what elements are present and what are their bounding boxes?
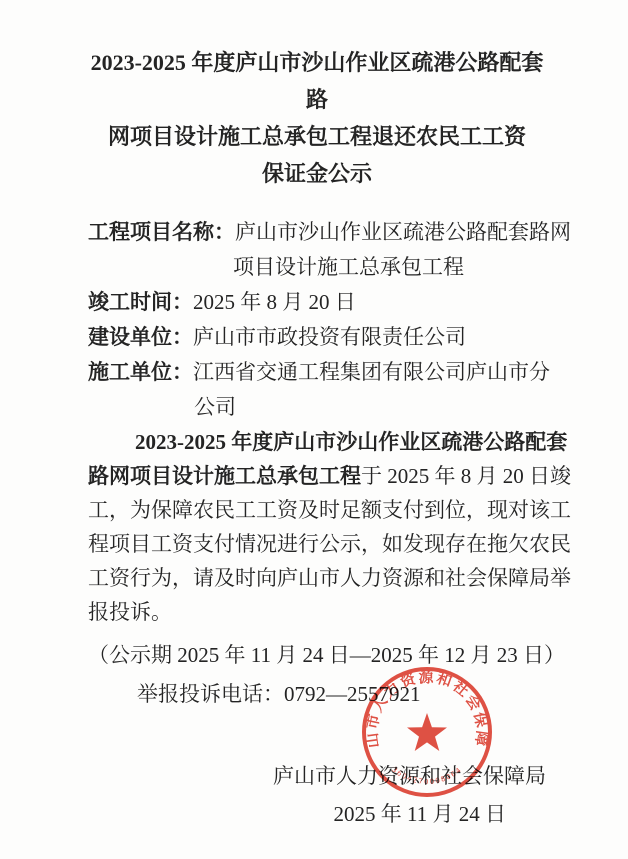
body-line-2: 路网项目设计施工总承包工程于 2025 年 8 月 20 日竣	[88, 459, 546, 493]
body-line-5-regular: 工资行为，请及时向庐山市人力资源和社会保障局举	[88, 566, 571, 590]
body-line-6-regular: 报投诉。	[88, 600, 172, 624]
completion-date-label: 竣工时间：	[88, 290, 193, 314]
body-line-4: 程项目工资支付情况进行公示，如发现存在拖欠农民	[88, 527, 546, 561]
completion-date-value: 2025 年 8 月 20 日	[193, 290, 356, 314]
contractor-unit-value: 江西省交通工程集团有限公司庐山市分	[193, 360, 550, 384]
body-line-3: 工，为保障农民工工资及时足额支付到位，现对该工	[88, 493, 546, 527]
body-line-5: 工资行为，请及时向庐山市人力资源和社会保障局举	[88, 561, 546, 595]
project-name-label: 工程项目名称：	[88, 220, 235, 244]
document-title: 2023-2025 年度庐山市沙山作业区疏港公路配套路 网项目设计施工总承包工程…	[88, 44, 546, 192]
contractor-unit-label: 施工单位：	[88, 360, 193, 384]
official-seal-graphic: 庐山市人力资源和社会保障局 3604270008064	[356, 661, 498, 803]
project-name-continuation: 项目设计施工总承包工程	[88, 250, 546, 285]
document-page: 2023-2025 年度庐山市沙山作业区疏港公路配套路 网项目设计施工总承包工程…	[0, 0, 628, 859]
body-line-6: 报投诉。	[88, 595, 546, 629]
title-line-2: 网项目设计施工总承包工程退还农民工工资	[88, 118, 546, 155]
notice-body-paragraph: 2023-2025 年度庐山市沙山作业区疏港公路配套 路网项目设计施工总承包工程…	[88, 425, 546, 629]
title-line-1: 2023-2025 年度庐山市沙山作业区疏港公路配套路	[88, 44, 546, 118]
title-line-3: 保证金公示	[88, 155, 546, 192]
document-content: 2023-2025 年度庐山市沙山作业区疏港公路配套路 网项目设计施工总承包工程…	[0, 0, 628, 832]
seal-code: 3604270008064	[390, 765, 463, 785]
builder-unit-label: 建设单位：	[88, 325, 193, 349]
body-line-1: 2023-2025 年度庐山市沙山作业区疏港公路配套	[88, 425, 546, 459]
official-seal: 庐山市人力资源和社会保障局 3604270008064	[356, 661, 498, 803]
builder-unit-value: 庐山市市政投资有限责任公司	[193, 325, 466, 349]
project-name-value-2: 项目设计施工总承包工程	[233, 255, 464, 279]
contractor-unit-value-2: 公司	[194, 395, 236, 419]
project-info-block: 工程项目名称：庐山市沙山作业区疏港公路配套路网 项目设计施工总承包工程 竣工时间…	[88, 215, 546, 425]
body-line-1-bold: 2023-2025 年度庐山市沙山作业区疏港公路配套	[135, 430, 567, 454]
seal-star-icon	[407, 713, 447, 751]
contractor-unit-continuation: 公司	[88, 390, 546, 425]
contractor-unit-line: 施工单位：江西省交通工程集团有限公司庐山市分	[88, 355, 546, 390]
completion-date-line: 竣工时间：2025 年 8 月 20 日	[88, 285, 546, 320]
body-line-2-bold: 路网项目设计施工总承包工程	[88, 464, 361, 488]
body-line-4-regular: 程项目工资支付情况进行公示，如发现存在拖欠农民	[88, 532, 571, 556]
project-name-value: 庐山市沙山作业区疏港公路配套路网	[235, 220, 571, 244]
builder-unit-line: 建设单位：庐山市市政投资有限责任公司	[88, 320, 546, 355]
project-name-line: 工程项目名称：庐山市沙山作业区疏港公路配套路网	[88, 215, 546, 250]
body-line-2-regular: 于 2025 年 8 月 20 日竣	[361, 464, 571, 488]
hotline-label: 举报投诉电话：	[137, 682, 284, 706]
body-line-3-regular: 工，为保障农民工工资及时足额支付到位，现对该工	[88, 498, 571, 522]
